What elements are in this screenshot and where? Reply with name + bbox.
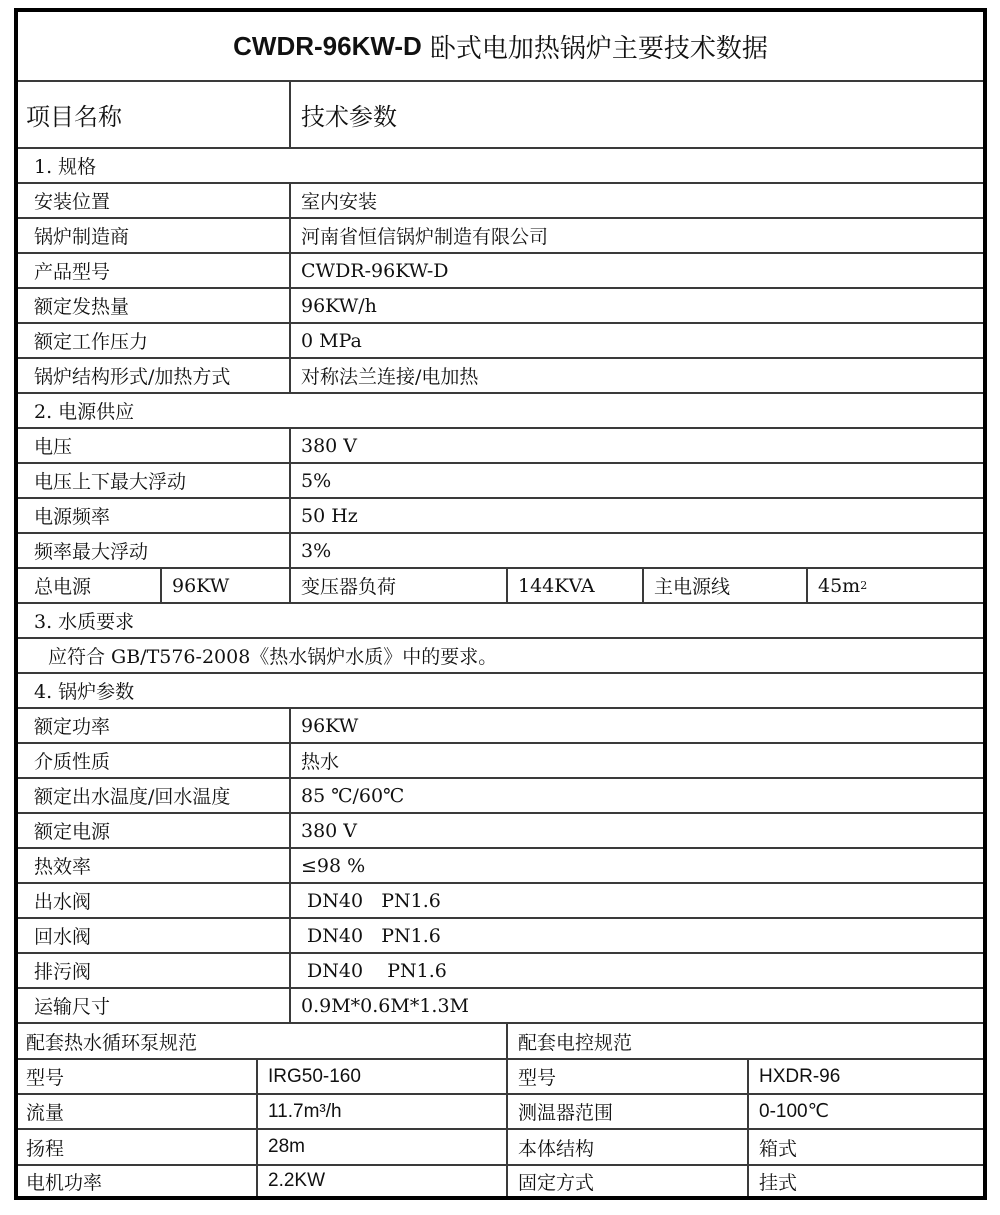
section-title: 2. 电源供应: [18, 394, 134, 427]
control-label: 本体结构: [506, 1130, 747, 1164]
row-value: 5%: [289, 464, 983, 497]
main-cable-label: 主电源线: [642, 569, 806, 602]
section-title: 4. 锅炉参数: [18, 674, 134, 707]
row-label: 出水阀: [18, 884, 289, 917]
table-row: 电源频率 50 Hz: [18, 499, 983, 534]
page-title: CWDR-96KW-D 卧式电加热锅炉主要技术数据: [18, 12, 983, 80]
table-row: 出水阀 DN40 PN1.6: [18, 884, 983, 919]
row-value: DN40 PN1.6: [289, 884, 983, 917]
table-row: 额定出水温度/回水温度 85 ℃/60℃: [18, 779, 983, 814]
control-label: 型号: [506, 1060, 747, 1093]
row-value: 96KW/h: [289, 289, 983, 322]
section-title: 1. 规格: [18, 149, 96, 182]
row-value: 对称法兰连接/电加热: [289, 359, 983, 392]
row-value: 96KW: [289, 709, 983, 742]
control-label: 测温器范围: [506, 1095, 747, 1128]
row-label: 电压: [18, 429, 289, 462]
table-row: 安装位置 室内安装: [18, 184, 983, 219]
control-spec-heading: 配套电控规范: [506, 1024, 983, 1058]
pump-spec-heading: 配套热水循环泵规范: [18, 1024, 506, 1058]
power-summary-row: 总电源 96KW 变压器负荷 144KVA 主电源线 45m2: [18, 569, 983, 604]
water-requirement-text: 应符合 GB/T576-2008《热水锅炉水质》中的要求。: [18, 639, 983, 672]
row-label: 锅炉制造商: [18, 219, 289, 252]
table-row: 额定发热量 96KW/h: [18, 289, 983, 324]
pump-label: 电机功率: [18, 1166, 256, 1196]
row-label: 热效率: [18, 849, 289, 882]
control-value: 挂式: [747, 1166, 983, 1196]
section-heading-boiler: 4. 锅炉参数: [18, 674, 983, 709]
table-row: 额定工作压力 0 MPa: [18, 324, 983, 359]
total-power-value: 96KW: [160, 569, 289, 602]
water-requirement-row: 应符合 GB/T576-2008《热水锅炉水质》中的要求。: [18, 639, 983, 674]
transformer-load-label: 变压器负荷: [289, 569, 506, 602]
table-row: 额定功率 96KW: [18, 709, 983, 744]
pump-value: 28m: [256, 1130, 506, 1164]
section-heading-water: 3. 水质要求: [18, 604, 983, 639]
row-value: DN40 PN1.6: [289, 954, 983, 987]
row-value: 3%: [289, 534, 983, 567]
accessories-row: 电机功率 2.2KW 固定方式 挂式: [18, 1166, 983, 1196]
section-title: 3. 水质要求: [18, 604, 134, 637]
row-value: 热水: [289, 744, 983, 777]
row-value: 380 V: [289, 429, 983, 462]
title-row: CWDR-96KW-D 卧式电加热锅炉主要技术数据: [18, 12, 983, 82]
row-value: 85 ℃/60℃: [289, 779, 983, 812]
row-label: 安装位置: [18, 184, 289, 217]
row-label: 额定工作压力: [18, 324, 289, 357]
pump-value: IRG50-160: [256, 1060, 506, 1093]
row-value: ≤98 %: [289, 849, 983, 882]
pump-value: 2.2KW: [256, 1166, 506, 1196]
header-row: 项目名称 技术参数: [18, 82, 983, 149]
main-cable-value: 45m2: [806, 569, 983, 602]
row-label: 排污阀: [18, 954, 289, 987]
header-tech-params: 技术参数: [289, 82, 983, 147]
table-row: 热效率 ≤98 %: [18, 849, 983, 884]
table-row: 回水阀 DN40 PN1.6: [18, 919, 983, 954]
control-value: HXDR-96: [747, 1060, 983, 1093]
pump-label: 扬程: [18, 1130, 256, 1164]
accessories-row: 流量 11.7m³/h 测温器范围 0-100℃: [18, 1095, 983, 1130]
row-label: 额定出水温度/回水温度: [18, 779, 289, 812]
table-row: 额定电源 380 V: [18, 814, 983, 849]
row-value: DN40 PN1.6: [289, 919, 983, 952]
section-heading-power: 2. 电源供应: [18, 394, 983, 429]
pump-label: 型号: [18, 1060, 256, 1093]
total-power-label: 总电源: [18, 569, 160, 602]
accessories-heading-row: 配套热水循环泵规范 配套电控规范: [18, 1024, 983, 1060]
table-row: 运输尺寸 0.9M*0.6M*1.3M: [18, 989, 983, 1024]
row-label: 频率最大浮动: [18, 534, 289, 567]
cable-size: 45m: [818, 575, 860, 597]
table-row: 电压上下最大浮动 5%: [18, 464, 983, 499]
control-value: 0-100℃: [747, 1095, 983, 1128]
header-item-name: 项目名称: [18, 82, 289, 147]
pump-value: 11.7m³/h: [256, 1095, 506, 1128]
transformer-load-value: 144KVA: [506, 569, 642, 602]
row-label: 锅炉结构形式/加热方式: [18, 359, 289, 392]
title-model: CWDR-96KW-D: [233, 31, 422, 62]
row-label: 产品型号: [18, 254, 289, 287]
title-text: 卧式电加热锅炉主要技术数据: [430, 28, 768, 65]
row-label: 回水阀: [18, 919, 289, 952]
row-value: 室内安装: [289, 184, 983, 217]
row-label: 额定电源: [18, 814, 289, 847]
row-value: 50 Hz: [289, 499, 983, 532]
row-value: 0.9M*0.6M*1.3M: [289, 989, 983, 1022]
row-label: 电源频率: [18, 499, 289, 532]
table-row: 锅炉结构形式/加热方式 对称法兰连接/电加热: [18, 359, 983, 394]
row-label: 运输尺寸: [18, 989, 289, 1022]
table-row: 锅炉制造商 河南省恒信锅炉制造有限公司: [18, 219, 983, 254]
row-value: 380 V: [289, 814, 983, 847]
table-row: 频率最大浮动 3%: [18, 534, 983, 569]
control-label: 固定方式: [506, 1166, 747, 1196]
row-label: 额定功率: [18, 709, 289, 742]
row-label: 介质性质: [18, 744, 289, 777]
accessories-row: 型号 IRG50-160 型号 HXDR-96: [18, 1060, 983, 1095]
table-row: 排污阀 DN40 PN1.6: [18, 954, 983, 989]
control-value: 箱式: [747, 1130, 983, 1164]
accessories-row: 扬程 28m 本体结构 箱式: [18, 1130, 983, 1166]
row-label: 电压上下最大浮动: [18, 464, 289, 497]
row-value: CWDR-96KW-D: [289, 254, 983, 287]
pump-label: 流量: [18, 1095, 256, 1128]
table-row: 产品型号 CWDR-96KW-D: [18, 254, 983, 289]
row-value: 0 MPa: [289, 324, 983, 357]
table-row: 介质性质 热水: [18, 744, 983, 779]
spec-table: CWDR-96KW-D 卧式电加热锅炉主要技术数据 项目名称 技术参数 1. 规…: [14, 8, 987, 1200]
table-row: 电压 380 V: [18, 429, 983, 464]
section-heading-spec: 1. 规格: [18, 149, 983, 184]
row-label: 额定发热量: [18, 289, 289, 322]
row-value: 河南省恒信锅炉制造有限公司: [289, 219, 983, 252]
